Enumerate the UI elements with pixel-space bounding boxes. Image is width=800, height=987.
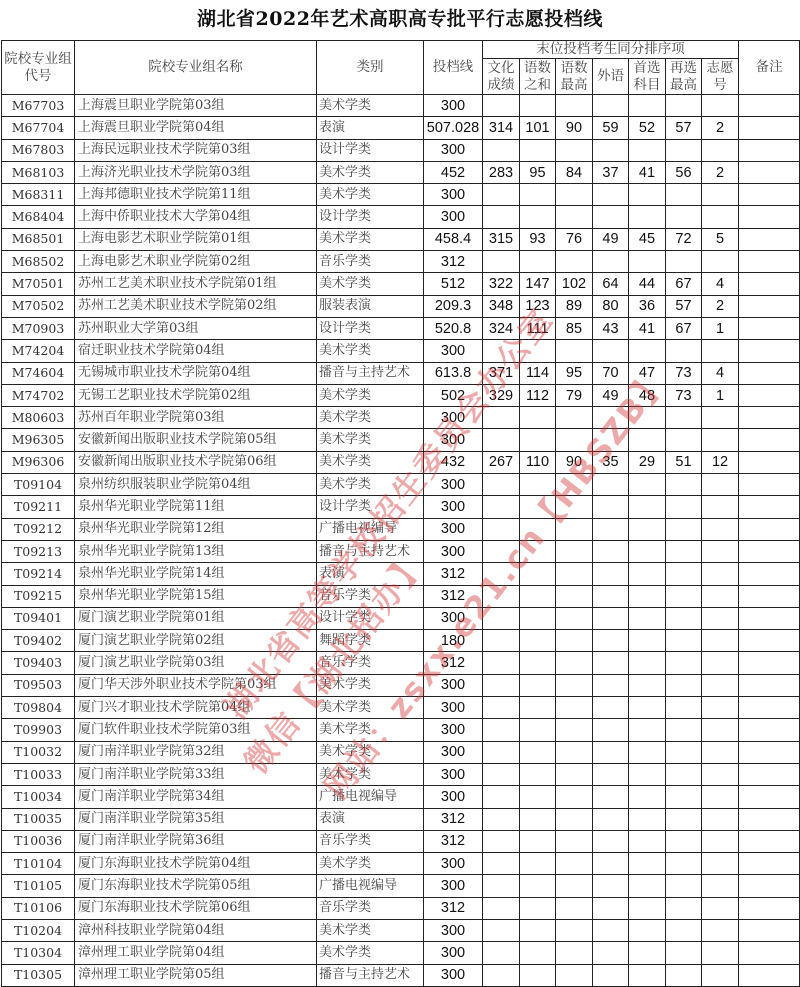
cell-tiebreak (666, 630, 702, 652)
cell-score: 300 (424, 139, 483, 161)
cell-tiebreak (666, 585, 702, 607)
cell-tiebreak (556, 518, 593, 540)
cell-tiebreak: 67 (666, 273, 702, 295)
cell-name: 泉州华光职业学院第14组 (75, 563, 317, 585)
cell-tiebreak (593, 919, 629, 941)
table-row: T10106厦门东海职业技术学院第06组音乐学类312 (2, 897, 800, 919)
cell-tiebreak (593, 95, 629, 117)
cell-tiebreak: 114 (520, 362, 556, 384)
table-row: M68103上海济光职业技术学院第03组美术学类4522839584374156… (2, 161, 800, 183)
cell-tiebreak (629, 763, 666, 785)
cell-category: 音乐学类 (317, 585, 424, 607)
cell-code: T09104 (2, 474, 75, 496)
cell-tiebreak (702, 964, 739, 986)
cell-score: 300 (424, 95, 483, 117)
cell-tiebreak (520, 518, 556, 540)
cell-tiebreak: 315 (483, 228, 520, 250)
cell-tiebreak (556, 786, 593, 808)
cell-code: T10204 (2, 919, 75, 941)
cell-tiebreak (593, 830, 629, 852)
table-row: T10204漳州科技职业学院第04组美术学类300 (2, 919, 800, 941)
table-row: M74702无锡工艺职业技术学院第02组美术学类5023291127949487… (2, 384, 800, 406)
cell-score: 300 (424, 741, 483, 763)
cell-remark (739, 518, 800, 540)
cell-tiebreak: 314 (483, 117, 520, 139)
header-tiebreak-col: 文化成绩 (483, 59, 520, 95)
cell-tiebreak (483, 630, 520, 652)
cell-tiebreak (702, 697, 739, 719)
cell-category: 设计学类 (317, 206, 424, 228)
cell-remark (739, 317, 800, 339)
cell-code: M74604 (2, 362, 75, 384)
cell-code: T10105 (2, 875, 75, 897)
cell-name: 苏州工艺美术职业技术学院第01组 (75, 273, 317, 295)
cell-tiebreak (483, 251, 520, 273)
cell-tiebreak: 64 (593, 273, 629, 295)
cell-category: 音乐学类 (317, 830, 424, 852)
table-row: T10033厦门南洋职业学院第33组美术学类300 (2, 763, 800, 785)
cell-tiebreak: 80 (593, 295, 629, 317)
cell-tiebreak (702, 942, 739, 964)
cell-category: 美术学类 (317, 474, 424, 496)
cell-tiebreak (556, 719, 593, 741)
cell-tiebreak (556, 340, 593, 362)
cell-tiebreak (556, 942, 593, 964)
cell-tiebreak (520, 407, 556, 429)
cell-tiebreak (556, 964, 593, 986)
cell-tiebreak: 56 (666, 161, 702, 183)
table-row: T10305漳州理工职业学院第05组播音与主持艺术300 (2, 964, 800, 986)
cell-tiebreak (666, 763, 702, 785)
cell-code: T09903 (2, 719, 75, 741)
cell-tiebreak: 90 (556, 451, 593, 473)
cell-tiebreak (520, 251, 556, 273)
cell-tiebreak (593, 563, 629, 585)
cell-tiebreak (556, 540, 593, 562)
cell-tiebreak (666, 853, 702, 875)
cell-remark (739, 897, 800, 919)
cell-score: 300 (424, 697, 483, 719)
cell-tiebreak (483, 496, 520, 518)
cell-code: T10035 (2, 808, 75, 830)
cell-tiebreak (520, 853, 556, 875)
cell-tiebreak (556, 407, 593, 429)
cell-category: 表演 (317, 563, 424, 585)
cell-category: 美术学类 (317, 741, 424, 763)
cell-tiebreak: 49 (593, 384, 629, 406)
cell-tiebreak (666, 830, 702, 852)
cell-code: T10034 (2, 786, 75, 808)
cell-tiebreak (556, 808, 593, 830)
cell-name: 厦门演艺职业学院第01组 (75, 607, 317, 629)
cell-tiebreak: 93 (520, 228, 556, 250)
cell-tiebreak (629, 919, 666, 941)
cell-remark (739, 630, 800, 652)
cell-category: 播音与主持艺术 (317, 362, 424, 384)
cell-code: M74204 (2, 340, 75, 362)
cell-tiebreak (666, 95, 702, 117)
cell-remark (739, 451, 800, 473)
cell-tiebreak (702, 474, 739, 496)
table-row: M70903苏州职业大学第03组设计学类520.8324111854341671 (2, 317, 800, 339)
table-row: M68404上海中侨职业技术大学第04组设计学类300 (2, 206, 800, 228)
cell-tiebreak: 147 (520, 273, 556, 295)
cell-remark (739, 697, 800, 719)
cell-category: 音乐学类 (317, 251, 424, 273)
cell-tiebreak (483, 942, 520, 964)
cell-score: 520.8 (424, 317, 483, 339)
cell-tiebreak (520, 95, 556, 117)
cell-tiebreak (556, 830, 593, 852)
cell-tiebreak (520, 763, 556, 785)
cell-name: 厦门南洋职业学院第32组 (75, 741, 317, 763)
cell-tiebreak (520, 429, 556, 451)
table-row: M68311上海邦德职业技术学院第11组美术学类300 (2, 184, 800, 206)
cell-tiebreak (520, 964, 556, 986)
cell-tiebreak (556, 763, 593, 785)
cell-category: 设计学类 (317, 139, 424, 161)
cell-tiebreak: 1 (702, 317, 739, 339)
cell-tiebreak (629, 786, 666, 808)
table-row: T09211泉州华光职业学院第11组设计学类300 (2, 496, 800, 518)
cell-tiebreak: 85 (556, 317, 593, 339)
cell-tiebreak: 67 (666, 317, 702, 339)
cell-category: 美术学类 (317, 919, 424, 941)
cell-name: 上海电影艺术职业学院第01组 (75, 228, 317, 250)
cell-name: 泉州华光职业学院第11组 (75, 496, 317, 518)
cell-tiebreak (520, 942, 556, 964)
cell-tiebreak (483, 518, 520, 540)
table-row: T10105厦门东海职业技术学院第05组广播电视编导300 (2, 875, 800, 897)
cell-tiebreak (520, 808, 556, 830)
cell-remark (739, 139, 800, 161)
cell-tiebreak (629, 830, 666, 852)
cell-remark (739, 407, 800, 429)
cell-tiebreak (483, 206, 520, 228)
cell-name: 厦门东海职业技术学院第05组 (75, 875, 317, 897)
cell-tiebreak (666, 139, 702, 161)
cell-name: 漳州理工职业学院第04组 (75, 942, 317, 964)
cell-tiebreak (483, 184, 520, 206)
cell-category: 设计学类 (317, 317, 424, 339)
cell-remark (739, 585, 800, 607)
cell-tiebreak (629, 474, 666, 496)
cell-remark (739, 206, 800, 228)
cell-tiebreak (483, 830, 520, 852)
cell-tiebreak: 101 (520, 117, 556, 139)
cell-score: 507.028 (424, 117, 483, 139)
cell-name: 无锡城市职业技术学院第04组 (75, 362, 317, 384)
cell-name: 上海震旦职业学院第03组 (75, 95, 317, 117)
cell-category: 美术学类 (317, 451, 424, 473)
cell-tiebreak (702, 607, 739, 629)
cell-tiebreak (593, 518, 629, 540)
cell-code: T10036 (2, 830, 75, 852)
cell-name: 泉州华光职业学院第13组 (75, 540, 317, 562)
table-row: M74604无锡城市职业技术学院第04组播音与主持艺术613.837111495… (2, 362, 800, 384)
cell-tiebreak (702, 652, 739, 674)
cell-category: 广播电视编导 (317, 518, 424, 540)
cell-score: 312 (424, 585, 483, 607)
cell-tiebreak (593, 786, 629, 808)
cell-tiebreak: 44 (629, 273, 666, 295)
cell-tiebreak (593, 674, 629, 696)
cell-tiebreak (666, 563, 702, 585)
cell-tiebreak (593, 763, 629, 785)
table-row: T09214泉州华光职业学院第14组表演312 (2, 563, 800, 585)
cell-name: 泉州纺织服装职业学院第04组 (75, 474, 317, 496)
cell-tiebreak: 324 (483, 317, 520, 339)
cell-tiebreak (702, 674, 739, 696)
cell-tiebreak: 47 (629, 362, 666, 384)
table-row: M74204宿迁职业技术学院第04组美术学类300 (2, 340, 800, 362)
cell-tiebreak (629, 697, 666, 719)
cell-tiebreak (666, 674, 702, 696)
cell-name: 泉州华光职业学院第12组 (75, 518, 317, 540)
cell-tiebreak (556, 897, 593, 919)
cell-tiebreak (593, 407, 629, 429)
cell-tiebreak (666, 429, 702, 451)
cell-tiebreak (556, 607, 593, 629)
cell-tiebreak (556, 853, 593, 875)
cell-tiebreak (629, 139, 666, 161)
cell-tiebreak (702, 251, 739, 273)
cell-tiebreak (593, 964, 629, 986)
cell-tiebreak (593, 942, 629, 964)
cell-code: T09211 (2, 496, 75, 518)
cell-tiebreak: 52 (629, 117, 666, 139)
cell-category: 音乐学类 (317, 652, 424, 674)
cell-category: 美术学类 (317, 161, 424, 183)
cell-tiebreak: 329 (483, 384, 520, 406)
cell-tiebreak (629, 496, 666, 518)
cell-code: T10033 (2, 763, 75, 785)
cell-category: 美术学类 (317, 942, 424, 964)
cell-tiebreak (666, 652, 702, 674)
cell-tiebreak (666, 251, 702, 273)
cell-score: 452 (424, 161, 483, 183)
cell-tiebreak: 84 (556, 161, 593, 183)
cell-name: 厦门南洋职业学院第34组 (75, 786, 317, 808)
cell-name: 上海济光职业技术学院第03组 (75, 161, 317, 183)
cell-tiebreak: 112 (520, 384, 556, 406)
cell-tiebreak (483, 897, 520, 919)
cell-tiebreak (556, 474, 593, 496)
cell-score: 300 (424, 184, 483, 206)
cell-tiebreak (520, 607, 556, 629)
page-title: 湖北省2022年艺术高职高专批平行志愿投档线 (0, 4, 800, 31)
cell-remark (739, 117, 800, 139)
header-category: 类别 (317, 41, 424, 95)
cell-category: 美术学类 (317, 384, 424, 406)
cell-tiebreak: 322 (483, 273, 520, 295)
cell-code: M96305 (2, 429, 75, 451)
cell-tiebreak: 371 (483, 362, 520, 384)
cell-category: 设计学类 (317, 607, 424, 629)
cell-tiebreak: 36 (629, 295, 666, 317)
cell-tiebreak (593, 808, 629, 830)
cell-tiebreak (666, 942, 702, 964)
cell-tiebreak: 57 (666, 295, 702, 317)
cell-tiebreak (666, 496, 702, 518)
cell-tiebreak (629, 942, 666, 964)
cell-tiebreak (593, 206, 629, 228)
cell-tiebreak (556, 184, 593, 206)
cell-code: T09215 (2, 585, 75, 607)
cell-tiebreak (629, 853, 666, 875)
cell-remark (739, 964, 800, 986)
cell-tiebreak: 49 (593, 228, 629, 250)
cell-code: T10104 (2, 853, 75, 875)
cell-remark (739, 674, 800, 696)
cell-score: 300 (424, 786, 483, 808)
cell-tiebreak (593, 719, 629, 741)
cell-tiebreak (702, 206, 739, 228)
cell-score: 312 (424, 897, 483, 919)
cell-tiebreak (666, 607, 702, 629)
cell-tiebreak (629, 563, 666, 585)
cell-category: 美术学类 (317, 697, 424, 719)
cell-category: 美术学类 (317, 763, 424, 785)
cell-code: M74702 (2, 384, 75, 406)
cell-tiebreak (666, 875, 702, 897)
cell-score: 502 (424, 384, 483, 406)
cell-tiebreak (483, 875, 520, 897)
cell-tiebreak (556, 251, 593, 273)
cell-score: 613.8 (424, 362, 483, 384)
cell-tiebreak: 41 (629, 317, 666, 339)
cell-remark (739, 853, 800, 875)
cell-code: T09403 (2, 652, 75, 674)
cell-remark (739, 95, 800, 117)
cell-tiebreak: 283 (483, 161, 520, 183)
cell-name: 厦门软件职业技术学院第03组 (75, 719, 317, 741)
cell-name: 上海震旦职业学院第04组 (75, 117, 317, 139)
cell-code: M70502 (2, 295, 75, 317)
cell-tiebreak (556, 585, 593, 607)
cell-tiebreak (520, 563, 556, 585)
cell-tiebreak (556, 674, 593, 696)
table-row: M68502上海电影艺术职业学院第02组音乐学类312 (2, 251, 800, 273)
cell-remark (739, 228, 800, 250)
cell-name: 厦门兴才职业技术学院第04组 (75, 697, 317, 719)
cell-tiebreak (702, 540, 739, 562)
cell-name: 苏州职业大学第03组 (75, 317, 317, 339)
cell-tiebreak (483, 407, 520, 429)
cell-tiebreak (629, 607, 666, 629)
cell-score: 300 (424, 919, 483, 941)
cell-score: 300 (424, 875, 483, 897)
cell-tiebreak (483, 652, 520, 674)
cell-remark (739, 919, 800, 941)
cell-tiebreak (556, 630, 593, 652)
cell-tiebreak: 72 (666, 228, 702, 250)
cell-remark (739, 184, 800, 206)
cell-tiebreak (593, 139, 629, 161)
cell-tiebreak (702, 563, 739, 585)
cell-tiebreak (629, 741, 666, 763)
cell-tiebreak (556, 652, 593, 674)
cell-category: 美术学类 (317, 184, 424, 206)
cell-tiebreak (702, 585, 739, 607)
cell-code: T09402 (2, 630, 75, 652)
cell-code: T09804 (2, 697, 75, 719)
cell-tiebreak: 73 (666, 362, 702, 384)
cell-tiebreak (593, 853, 629, 875)
cell-tiebreak (593, 652, 629, 674)
cell-category: 表演 (317, 117, 424, 139)
cell-tiebreak (702, 429, 739, 451)
cell-tiebreak (702, 496, 739, 518)
cell-category: 音乐学类 (317, 897, 424, 919)
header-tiebreak-col: 再选最高 (666, 59, 702, 95)
cell-tiebreak (483, 786, 520, 808)
cell-tiebreak (520, 474, 556, 496)
cell-tiebreak (666, 407, 702, 429)
cell-tiebreak: 43 (593, 317, 629, 339)
cell-tiebreak (520, 139, 556, 161)
cell-tiebreak (483, 563, 520, 585)
cell-tiebreak: 111 (520, 317, 556, 339)
cell-category: 美术学类 (317, 719, 424, 741)
cell-tiebreak (702, 407, 739, 429)
cell-tiebreak: 73 (666, 384, 702, 406)
cell-tiebreak: 2 (702, 295, 739, 317)
cell-code: T09401 (2, 607, 75, 629)
cell-score: 300 (424, 496, 483, 518)
cell-tiebreak (556, 697, 593, 719)
cell-score: 300 (424, 853, 483, 875)
cell-name: 泉州华光职业学院第15组 (75, 585, 317, 607)
cell-tiebreak (483, 741, 520, 763)
cell-name: 上海电影艺术职业学院第02组 (75, 251, 317, 273)
cell-tiebreak (629, 184, 666, 206)
cell-remark (739, 251, 800, 273)
table-row: T10036厦门南洋职业学院第36组音乐学类312 (2, 830, 800, 852)
table-row: M96306安徽新闻出版职业技术学院第06组美术学类43226711090352… (2, 451, 800, 473)
cell-tiebreak: 35 (593, 451, 629, 473)
cell-tiebreak (483, 429, 520, 451)
cell-tiebreak (593, 897, 629, 919)
cell-tiebreak (702, 719, 739, 741)
cell-category: 美术学类 (317, 228, 424, 250)
cell-remark (739, 786, 800, 808)
cell-tiebreak (593, 875, 629, 897)
cell-code: M68404 (2, 206, 75, 228)
cell-remark (739, 607, 800, 629)
table-row: T09903厦门软件职业技术学院第03组美术学类300 (2, 719, 800, 741)
cell-category: 美术学类 (317, 340, 424, 362)
cell-tiebreak (629, 540, 666, 562)
cell-category: 美术学类 (317, 95, 424, 117)
table-row: T09402厦门演艺职业学院第02组舞蹈学类180 (2, 630, 800, 652)
cell-tiebreak (483, 340, 520, 362)
cell-tiebreak: 123 (520, 295, 556, 317)
table-row: M67703上海震旦职业学院第03组美术学类300 (2, 95, 800, 117)
header-remark: 备注 (739, 41, 800, 95)
cell-tiebreak (556, 919, 593, 941)
cell-tiebreak (556, 496, 593, 518)
cell-tiebreak (702, 184, 739, 206)
cell-tiebreak (593, 741, 629, 763)
admission-score-table: 院校专业组代号 院校专业组名称 类别 投档线 末位投档考生同分排序项 备注 文化… (1, 40, 800, 987)
cell-tiebreak: 267 (483, 451, 520, 473)
cell-score: 209.3 (424, 295, 483, 317)
cell-category: 播音与主持艺术 (317, 964, 424, 986)
cell-tiebreak (629, 206, 666, 228)
table-row: T10034厦门南洋职业学院第34组广播电视编导300 (2, 786, 800, 808)
cell-tiebreak: 48 (629, 384, 666, 406)
